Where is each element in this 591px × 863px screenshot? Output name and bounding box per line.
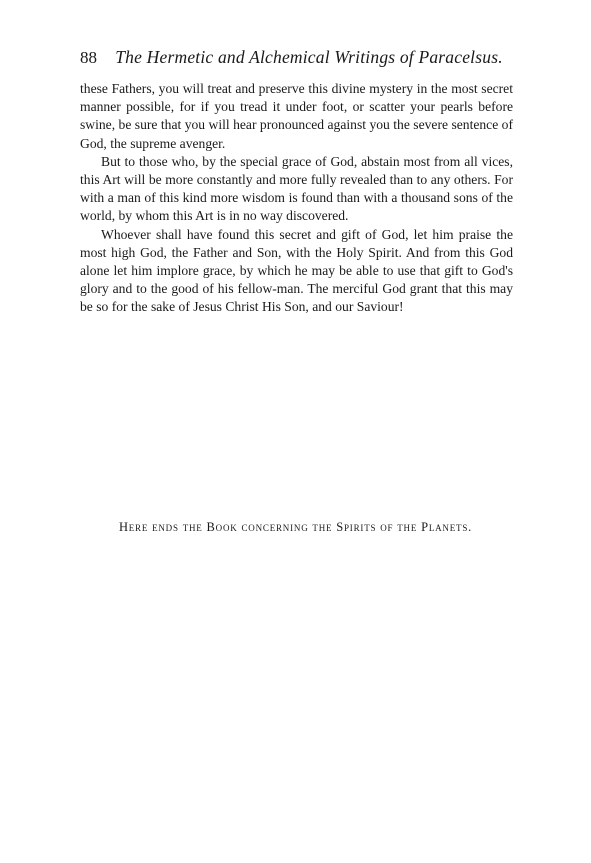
- page-number: 88: [80, 48, 97, 67]
- running-head: 88 The Hermetic and Alchemical Writings …: [80, 46, 520, 69]
- book-page: 88 The Hermetic and Alchemical Writings …: [0, 0, 591, 863]
- paragraph: But to those who, by the special grace o…: [80, 153, 513, 226]
- body-text: these Fathers, you will treat and preser…: [80, 80, 513, 317]
- closing-colophon: Here ends the Book concerning the Spirit…: [0, 520, 591, 535]
- paragraph: these Fathers, you will treat and preser…: [80, 80, 513, 153]
- running-title: The Hermetic and Alchemical Writings of …: [115, 47, 503, 67]
- paragraph: Whoever shall have found this secret and…: [80, 226, 513, 317]
